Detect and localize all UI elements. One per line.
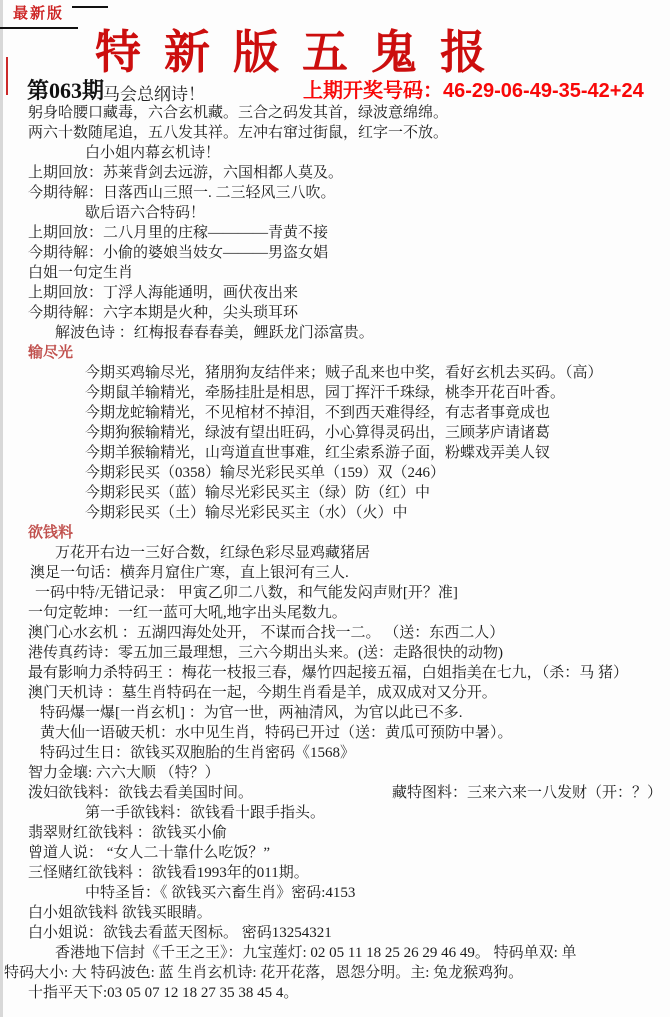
edition-tag: 最新版: [13, 2, 64, 23]
text-line: 澳足一句话：横奔月窟住广寒，直上银河有三人.: [0, 563, 670, 583]
report-body: 躬身哈腰口藏毒，六合玄机藏。三合之码发其首，绿波意绵绵。两六十数随尾追，五八发其…: [0, 103, 670, 1003]
tag-top-rule: [72, 6, 108, 8]
text-line: 两六十数随尾追，五八发其祥。左冲右窜过街鼠，红字一不放。: [0, 123, 670, 143]
text-line: 曾道人说： “女人二十靠什么吃饭？”: [0, 843, 670, 863]
text-line: 万花开右边一三好合数，红绿色彩尽显鸡藏猪居: [0, 543, 670, 563]
text-line: 今期鼠羊输精光，牵肠挂肚是相思，园丁挥汗千珠绿，桃李开花百叶香。: [0, 383, 670, 403]
text-line: 港传真药诗：零五加三最理想，三六今期出头来。(送：走路很快的动物): [0, 643, 670, 663]
text-line: 今期彩民买（土）输尽光彩民买主（水）（火）中: [0, 503, 670, 523]
text-line: 最有影响力杀特码王 ：梅花一枝报三春，爆竹四起接五福，白姐指美在七九，（杀：马 …: [0, 663, 670, 683]
page-title: 特新版五鬼报: [95, 16, 655, 82]
text-line: 今期彩民买（0358）输尽光彩民买单（159）双（246）: [0, 463, 670, 483]
issue-number: 第063期: [27, 74, 104, 105]
text-line: 智力金壤: 六六大顺 （特？）: [0, 763, 670, 783]
text-line: 白小姐欲钱料 欲钱买眼睛。: [0, 903, 670, 923]
text-line: 今期羊猴输精光，山弯道直世事难，红尘索系游子面，粉蝶戏弄美人钗: [0, 443, 670, 463]
text-line: 白小姐内幕玄机诗！: [0, 143, 670, 163]
text-line-right: 藏特图料：三来六来一八发财（开：？）: [392, 783, 670, 803]
text-line-left: 泼妇欲钱料：欲钱去看美国时间。: [28, 783, 253, 803]
text-line: 十指平天下:03 05 07 12 18 27 35 38 45 4。: [0, 983, 670, 1003]
last-draw-numbers: 上期开奖号码：46-29-06-49-35-42+24: [303, 74, 644, 103]
text-line: 今期买鸡输尽光，猪朋狗友结伴来；贼子乱来也中奖，看好玄机去买码。（高）: [0, 363, 670, 383]
text-line: 歇后语六合特码！: [0, 203, 670, 223]
text-line: 特码大小: 大 特码波色: 蓝 生肖玄机诗: 花开花落，恩怨分明。主: 兔龙猴鸡…: [0, 963, 670, 983]
text-line: 一码中特/无错记录： 甲寅乙卯二八数，和气能发闷声财[开？准]: [0, 583, 670, 603]
text-line: 第一手欲钱料：欲钱看十跟手指头。: [0, 803, 670, 823]
text-line: 躬身哈腰口藏毒，六合玄机藏。三合之码发其首，绿波意绵绵。: [0, 103, 670, 123]
text-line: 白姐一句定生肖: [0, 263, 670, 283]
text-line: 泼妇欲钱料：欲钱去看美国时间。藏特图料：三来六来一八发财（开：？）: [0, 783, 670, 803]
text-line: 中特圣旨：《 欲钱买六畜生肖》密码:4153: [0, 883, 670, 903]
masthead: 最新版 特新版五鬼报 第063期 马会总纲诗！ 上期开奖号码：46-29-06-…: [0, 0, 670, 102]
text-line: 今期彩民买（蓝）输尽光彩民买主（绿）防（红）中: [0, 483, 670, 503]
text-line: 上期回放：苏莱背剑去远游，六国相都人莫及。: [0, 163, 670, 183]
text-line: 今期待解：六字本期是火种，尖头琐耳环: [0, 303, 670, 323]
tag-bottom-rule: [0, 27, 78, 29]
text-line: 上期回放：丁浮人海能通明，画伏夜出来: [0, 283, 670, 303]
text-line: 今期狗猴输精光，绿波有望出旺码，小心算得灵码出，三顾茅庐请诸葛: [0, 423, 670, 443]
issue-row: 第063期 马会总纲诗！ 上期开奖号码：46-29-06-49-35-42+24: [0, 74, 670, 102]
text-line: 特码爆一爆[一肖玄机] ：为官一世，两袖清风，为官以此已不多.: [0, 703, 670, 723]
subtitle: 马会总纲诗！: [103, 80, 205, 105]
section-header: 输尽光: [0, 343, 670, 363]
text-line: 特码过生日：欲钱买双胞胎的生肖密码《1568》: [0, 743, 670, 763]
text-line: 解波色诗 ：红梅报春春春美，鲤跃龙门添富贵。: [0, 323, 670, 343]
text-line: 翡翠财红欲钱料 ：欲钱买小偷: [0, 823, 670, 843]
text-line: 白小姐说：欲钱去看蓝天图标。 密码13254321: [0, 923, 670, 943]
text-line: 黄大仙一语破天机：水中见生肖，特码已开过（送：黄瓜可预防中暑）。: [0, 723, 670, 743]
text-line: 上期回放：二八月里的庄稼————青黄不接: [0, 223, 670, 243]
section-header: 欲钱料: [0, 523, 670, 543]
text-line: 今期待解：小偷的婆娘当妓女———男盗女娼: [0, 243, 670, 263]
text-line: 澳门心水玄机 ：五湖四海处处开， 不谋而合找一二。 （送：东西二人）: [0, 623, 670, 643]
text-line: 香港地下信封《千王之王》：九宝莲灯: 02 05 11 18 25 26 29 …: [0, 943, 670, 963]
text-line: 今期龙蛇输精光，不见棺材不掉泪，不到西天难得经，有志者事竟成也: [0, 403, 670, 423]
text-line: 今期待解：日落西山三照一. 二三轻风三八吹。: [0, 183, 670, 203]
text-line: 澳门天机诗 ：墓生肖特码在一起，今期生肖看是羊，成双成对又分开。: [0, 683, 670, 703]
text-line: 一句定乾坤：一红一蓝可大吼,地字出头尾数九。: [0, 603, 670, 623]
text-line: 三怪赌红欲钱料 ：欲钱看1993年的011期。: [0, 863, 670, 883]
